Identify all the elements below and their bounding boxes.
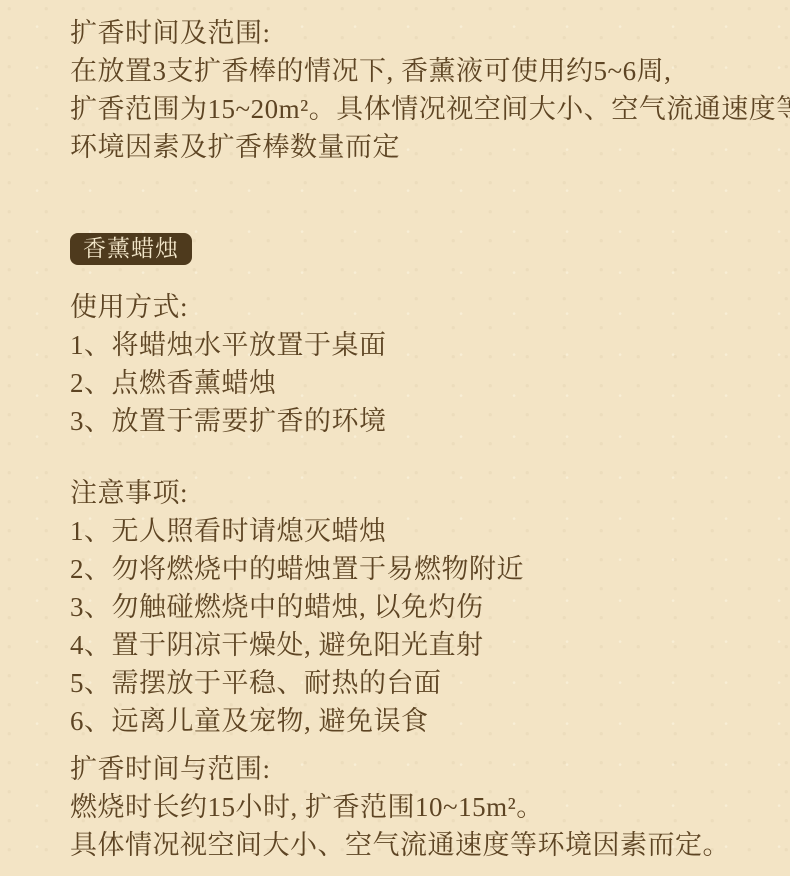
precautions-section: 注意事项: 1、无人照看时请熄灭蜡烛 2、勿将燃烧中的蜡烛置于易燃物附近 3、勿… <box>70 474 750 740</box>
candle-range-heading: 扩香时间与范围: <box>70 750 750 788</box>
precaution-item: 6、远离儿童及宠物, 避免误食 <box>70 702 750 740</box>
diffuser-range-line: 在放置3支扩香棒的情况下, 香薰液可使用约5~6周, <box>70 52 750 90</box>
usage-item: 1、将蜡烛水平放置于桌面 <box>70 326 750 364</box>
precaution-item: 1、无人照看时请熄灭蜡烛 <box>70 512 750 550</box>
precautions-heading: 注意事项: <box>70 474 750 512</box>
precaution-item: 2、勿将燃烧中的蜡烛置于易燃物附近 <box>70 550 750 588</box>
usage-item: 2、点燃香薰蜡烛 <box>70 364 750 402</box>
product-description-page: 扩香时间及范围: 在放置3支扩香棒的情况下, 香薰液可使用约5~6周, 扩香范围… <box>0 0 790 876</box>
diffuser-range-line: 扩香范围为15~20m²。具体情况视空间大小、空气流通速度等 <box>70 90 750 128</box>
usage-section: 使用方式: 1、将蜡烛水平放置于桌面 2、点燃香薰蜡烛 3、放置于需要扩香的环境 <box>70 288 750 440</box>
diffuser-range-section: 扩香时间及范围: 在放置3支扩香棒的情况下, 香薰液可使用约5~6周, 扩香范围… <box>70 14 750 166</box>
precaution-item: 4、置于阴凉干燥处, 避免阳光直射 <box>70 626 750 664</box>
candle-range-line: 具体情况视空间大小、空气流通速度等环境因素而定。 <box>70 826 750 864</box>
diffuser-range-heading: 扩香时间及范围: <box>70 14 750 52</box>
precaution-item: 3、勿触碰燃烧中的蜡烛, 以免灼伤 <box>70 588 750 626</box>
candle-range-line: 燃烧时长约15小时, 扩香范围10~15m²。 <box>70 788 750 826</box>
precaution-item: 5、需摆放于平稳、耐热的台面 <box>70 664 750 702</box>
candle-badge: 香薰蜡烛 <box>70 233 192 265</box>
usage-heading: 使用方式: <box>70 288 750 326</box>
candle-range-section: 扩香时间与范围: 燃烧时长约15小时, 扩香范围10~15m²。 具体情况视空间… <box>70 750 750 864</box>
candle-badge-row: 香薰蜡烛 <box>70 228 750 266</box>
product-description-body: { "theme": { "background": "#f3e4c5", "t… <box>0 0 790 876</box>
diffuser-range-line: 环境因素及扩香棒数量而定 <box>70 128 750 166</box>
usage-item: 3、放置于需要扩香的环境 <box>70 402 750 440</box>
